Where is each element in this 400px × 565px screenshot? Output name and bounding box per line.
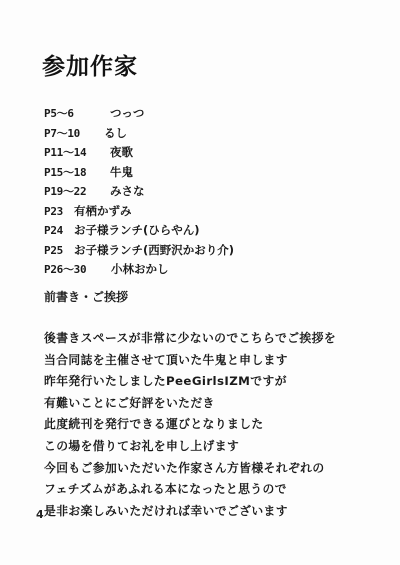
contributor-entry: P19～22 みさな [44,182,234,202]
contributor-author: お子様ランチ(ひらやん) [74,221,200,241]
contributor-author: るし [104,124,127,144]
contributor-entry: P7～10 るし [44,124,234,144]
contributor-list: P5～6 つっつ P7～10 るし P11～14 夜歌 P15～18 牛鬼 P1… [44,104,234,280]
contributor-entry: P5～6 つっつ [44,104,234,124]
section-heading-foreword: 前書き・ご挨拶 [44,288,128,305]
contributor-pages: P25 [44,241,74,261]
contributor-pages: P7～10 [44,124,104,144]
contributor-pages: P15～18 [44,163,110,183]
page-number: 4 [36,508,44,521]
contributor-entry: P15～18 牛鬼 [44,163,234,183]
page-title: 参加作家 [42,48,138,81]
contributor-entry: P11～14 夜歌 [44,143,234,163]
body-line: 昨年発行いたしましたPeeGirlsIZMですが [44,371,336,393]
contributor-author: お子様ランチ(西野沢かおり介) [74,241,234,261]
contributor-author: 有栖かずみ [74,202,132,222]
contributor-pages: P23 [44,202,74,222]
foreword-body: 後書きスペースが非常に少ないのでこちらでご挨拶を 当合同誌を主催させて頂いた牛鬼… [44,328,336,522]
contributor-pages: P24 [44,221,74,241]
body-line: フェチズムがあふれる本になったと思うので [44,479,336,501]
body-line: 今回もご参加いただいた作家さん方皆様それぞれの [44,458,336,480]
body-line: 是非お楽しみいただければ幸いでございます [44,501,336,523]
contributor-entry: P26～30 小林おかし [44,260,234,280]
body-line: 此度続刊を発行できる運びとなりました [44,414,336,436]
contributor-author: 夜歌 [110,143,133,163]
body-line: この場を借りてお礼を申し上げます [44,436,336,458]
body-line: 後書きスペースが非常に少ないのでこちらでご挨拶を [44,328,336,350]
contributor-entry: P24 お子様ランチ(ひらやん) [44,221,234,241]
body-line: 当合同誌を主催させて頂いた牛鬼と申します [44,350,336,372]
contributor-author: みさな [110,182,145,202]
contributor-author: つっつ [110,104,144,124]
contributor-pages: P5～6 [44,104,110,124]
contributor-entry: P23 有栖かずみ [44,202,234,222]
contributor-entry: P25 お子様ランチ(西野沢かおり介) [44,241,234,261]
contributor-pages: P26～30 [44,260,111,280]
contributor-author: 牛鬼 [110,163,133,183]
document-page: 参加作家 P5～6 つっつ P7～10 るし P11～14 夜歌 P15～18 … [0,0,400,565]
contributor-pages: P11～14 [44,143,110,163]
contributor-pages: P19～22 [44,182,110,202]
body-line: 有難いことにご好評をいただき [44,393,336,415]
contributor-author: 小林おかし [111,260,169,280]
